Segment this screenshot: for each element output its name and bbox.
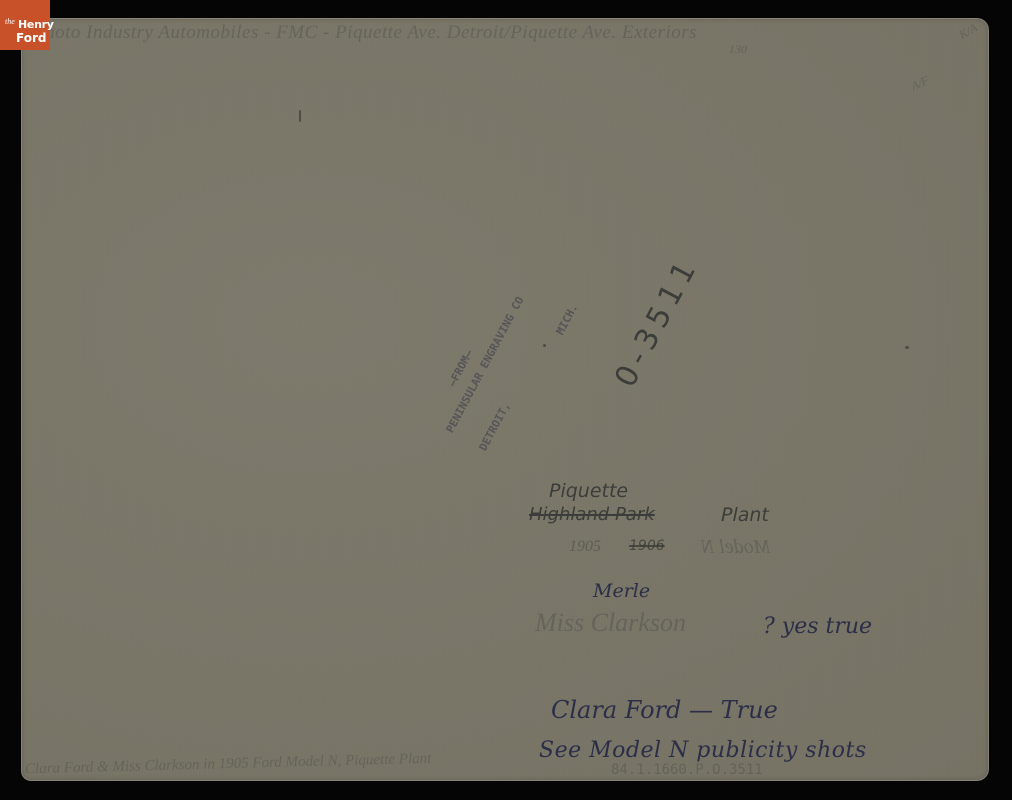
logo-ford: Ford (16, 31, 46, 45)
note-year-1906-struck: 1906 (629, 538, 665, 554)
ink-dot (905, 346, 909, 349)
note-highland-park-struck: Highland Park (529, 504, 655, 525)
logo-henry: Henry (18, 18, 54, 31)
note-merle: Merle (593, 580, 650, 602)
note-yes-true: ? yes true (763, 614, 872, 639)
accession-number: 84.1.1660.P.O.3511 (611, 762, 763, 778)
stamp-state: MICH. (554, 302, 581, 337)
note-year-1905: 1905 (569, 538, 601, 556)
corner-mark-top: K/A (957, 20, 981, 42)
stamp-city: DETROIT, (477, 400, 513, 453)
the-henry-ford-logo[interactable]: the Henry Ford (0, 0, 50, 50)
note-see-model-n: See Model N publicity shots (539, 738, 867, 763)
bottom-faint-caption: Clara Ford & Miss Clarkson in 1905 Ford … (25, 751, 432, 779)
note-model-n-faint: Model N (701, 536, 770, 559)
logo-the: the (5, 17, 15, 26)
note-miss-clarkson-faint: Miss Clarkson (535, 608, 686, 638)
note-plant: Plant (721, 504, 769, 526)
photo-mount-card: Photo Industry Automobiles - FMC - Pique… (21, 18, 989, 781)
photo-back-viewer: the Henry Ford Photo Industry Automobile… (0, 0, 1012, 800)
top-faint-number: 130 (729, 42, 747, 57)
corner-mark-lower: A/F (909, 73, 932, 94)
top-faint-caption: Photo Industry Automobiles - FMC - Pique… (33, 22, 697, 44)
stamp-dot (543, 344, 546, 347)
note-clara-ford-true: Clara Ford — True (551, 696, 778, 724)
note-piquette: Piquette (549, 480, 628, 502)
pencil-tick-mark (299, 110, 301, 122)
negative-number: 0-3511 (608, 251, 706, 393)
